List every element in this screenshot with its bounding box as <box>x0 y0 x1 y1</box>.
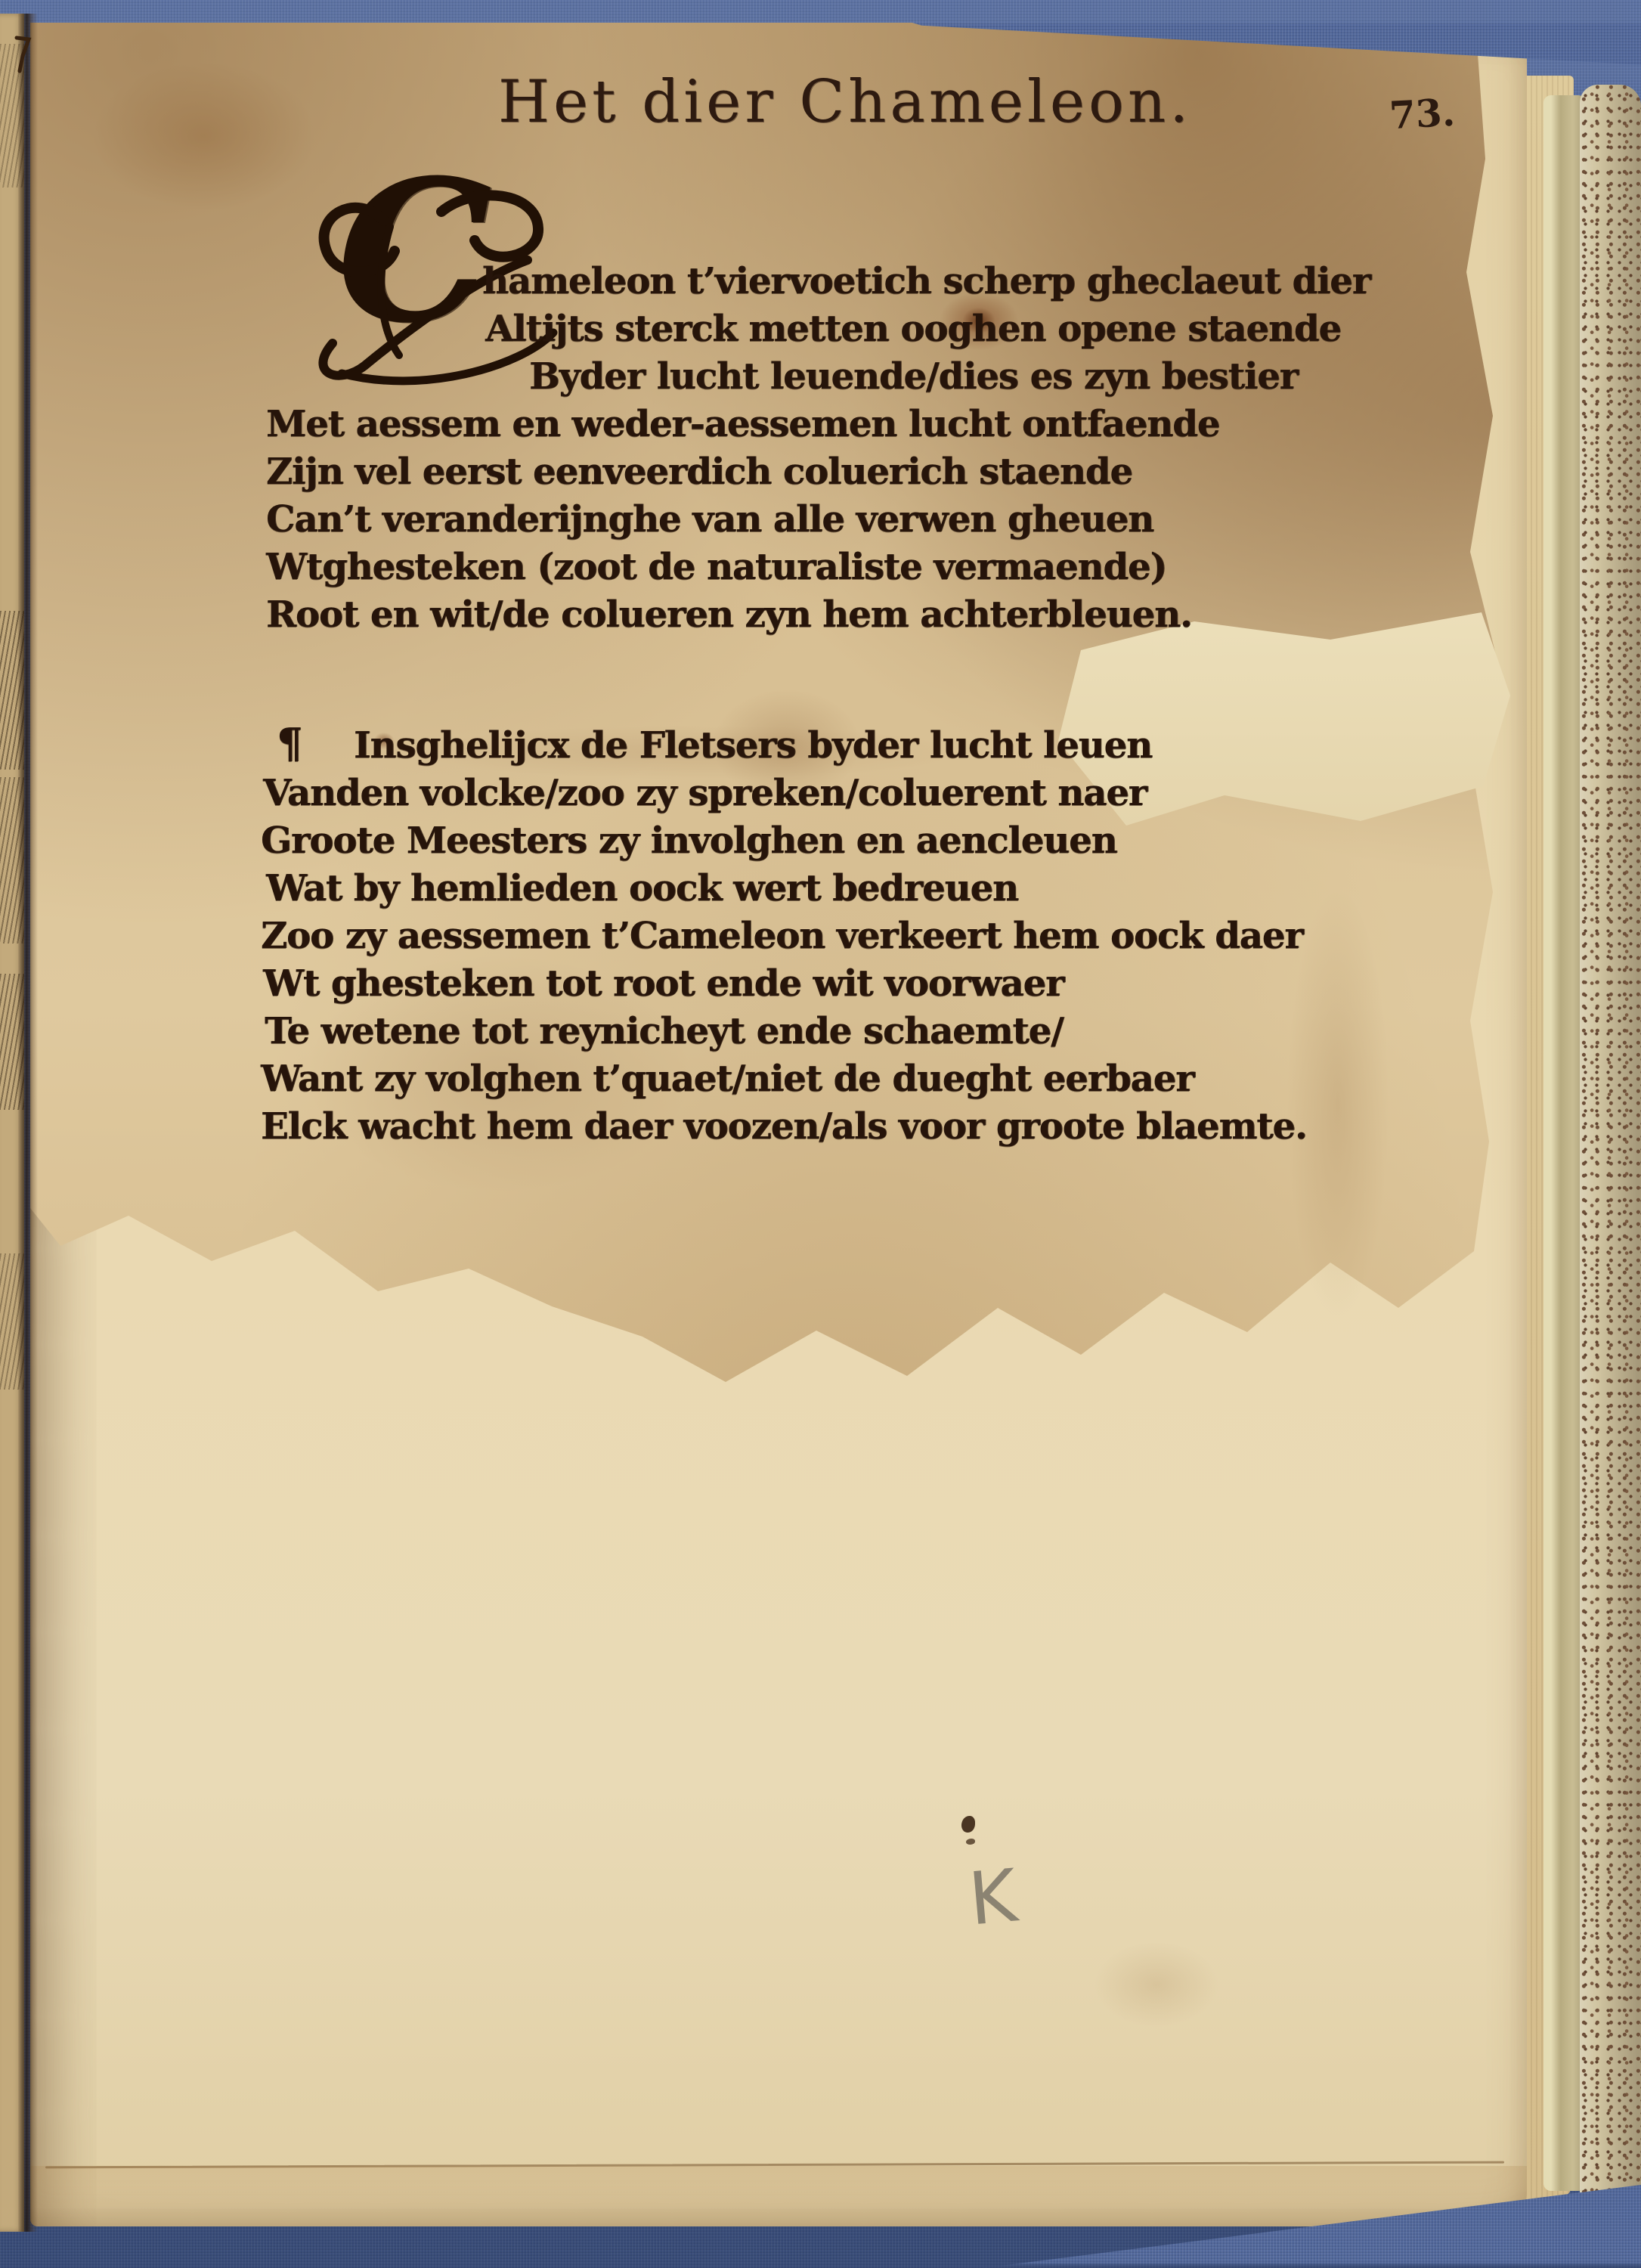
poem-line: Groote Meesters zy involghen en aencleue… <box>261 823 1116 859</box>
poem-line: Can’t veranderijnghe van alle verwen ghe… <box>266 501 1153 538</box>
ink-speck <box>966 1839 975 1845</box>
page-number: 73. <box>1389 94 1456 135</box>
poem-line: Byder lucht leuende/dies es zyn bestier <box>529 358 1298 395</box>
poem-line: Wtghesteken (zoot de naturaliste vermaen… <box>266 549 1166 585</box>
poem-line: Wat by hemlieden oock wert bedreuen <box>266 870 1018 906</box>
corner-ink-mark-icon <box>12 33 35 76</box>
poem-line: hameleon t’viervoetich scherp gheclaeut … <box>482 263 1370 299</box>
pilcrow-mark: ¶ <box>277 723 302 764</box>
pencil-annotation: K <box>966 1859 1020 1935</box>
poem-line: Zoo zy aessemen t’Cameleon verkeert hem … <box>261 918 1303 954</box>
poem-line: Elck wacht hem daer voozen/als voor groo… <box>261 1108 1307 1145</box>
poem-line: Root en wit/de colueren zyn hem achterbl… <box>266 596 1192 633</box>
poem-line: Wt ghesteken tot root ende wit voorwaer <box>263 965 1064 1002</box>
poem-line: Zijn vel eerst eenveerdich coluerich sta… <box>266 454 1132 490</box>
poem-line: Altijts sterck metten ooghen opene staen… <box>485 311 1341 347</box>
poem-line: Want zy volghen t’quaet/niet de dueght e… <box>261 1061 1194 1097</box>
book-photo-scene: Het dier Chameleon. 73. C hameleon t’vie… <box>0 0 1641 2268</box>
poem-line: Met aessem en weder-aessemen lucht ontfa… <box>266 406 1219 442</box>
page-content: Het dier Chameleon. 73. C hameleon t’vie… <box>0 0 1641 2268</box>
page-title: Het dier Chameleon. <box>498 73 1192 132</box>
ink-speck <box>961 1816 975 1833</box>
poem-line: Vanden volcke/zoo zy spreken/coluerent n… <box>263 775 1147 811</box>
poem-line: Insghelijcx de Fletsers byder lucht leue… <box>354 727 1152 764</box>
poem-line: Te wetene tot reynicheyt ende schaemte/ <box>265 1013 1064 1049</box>
